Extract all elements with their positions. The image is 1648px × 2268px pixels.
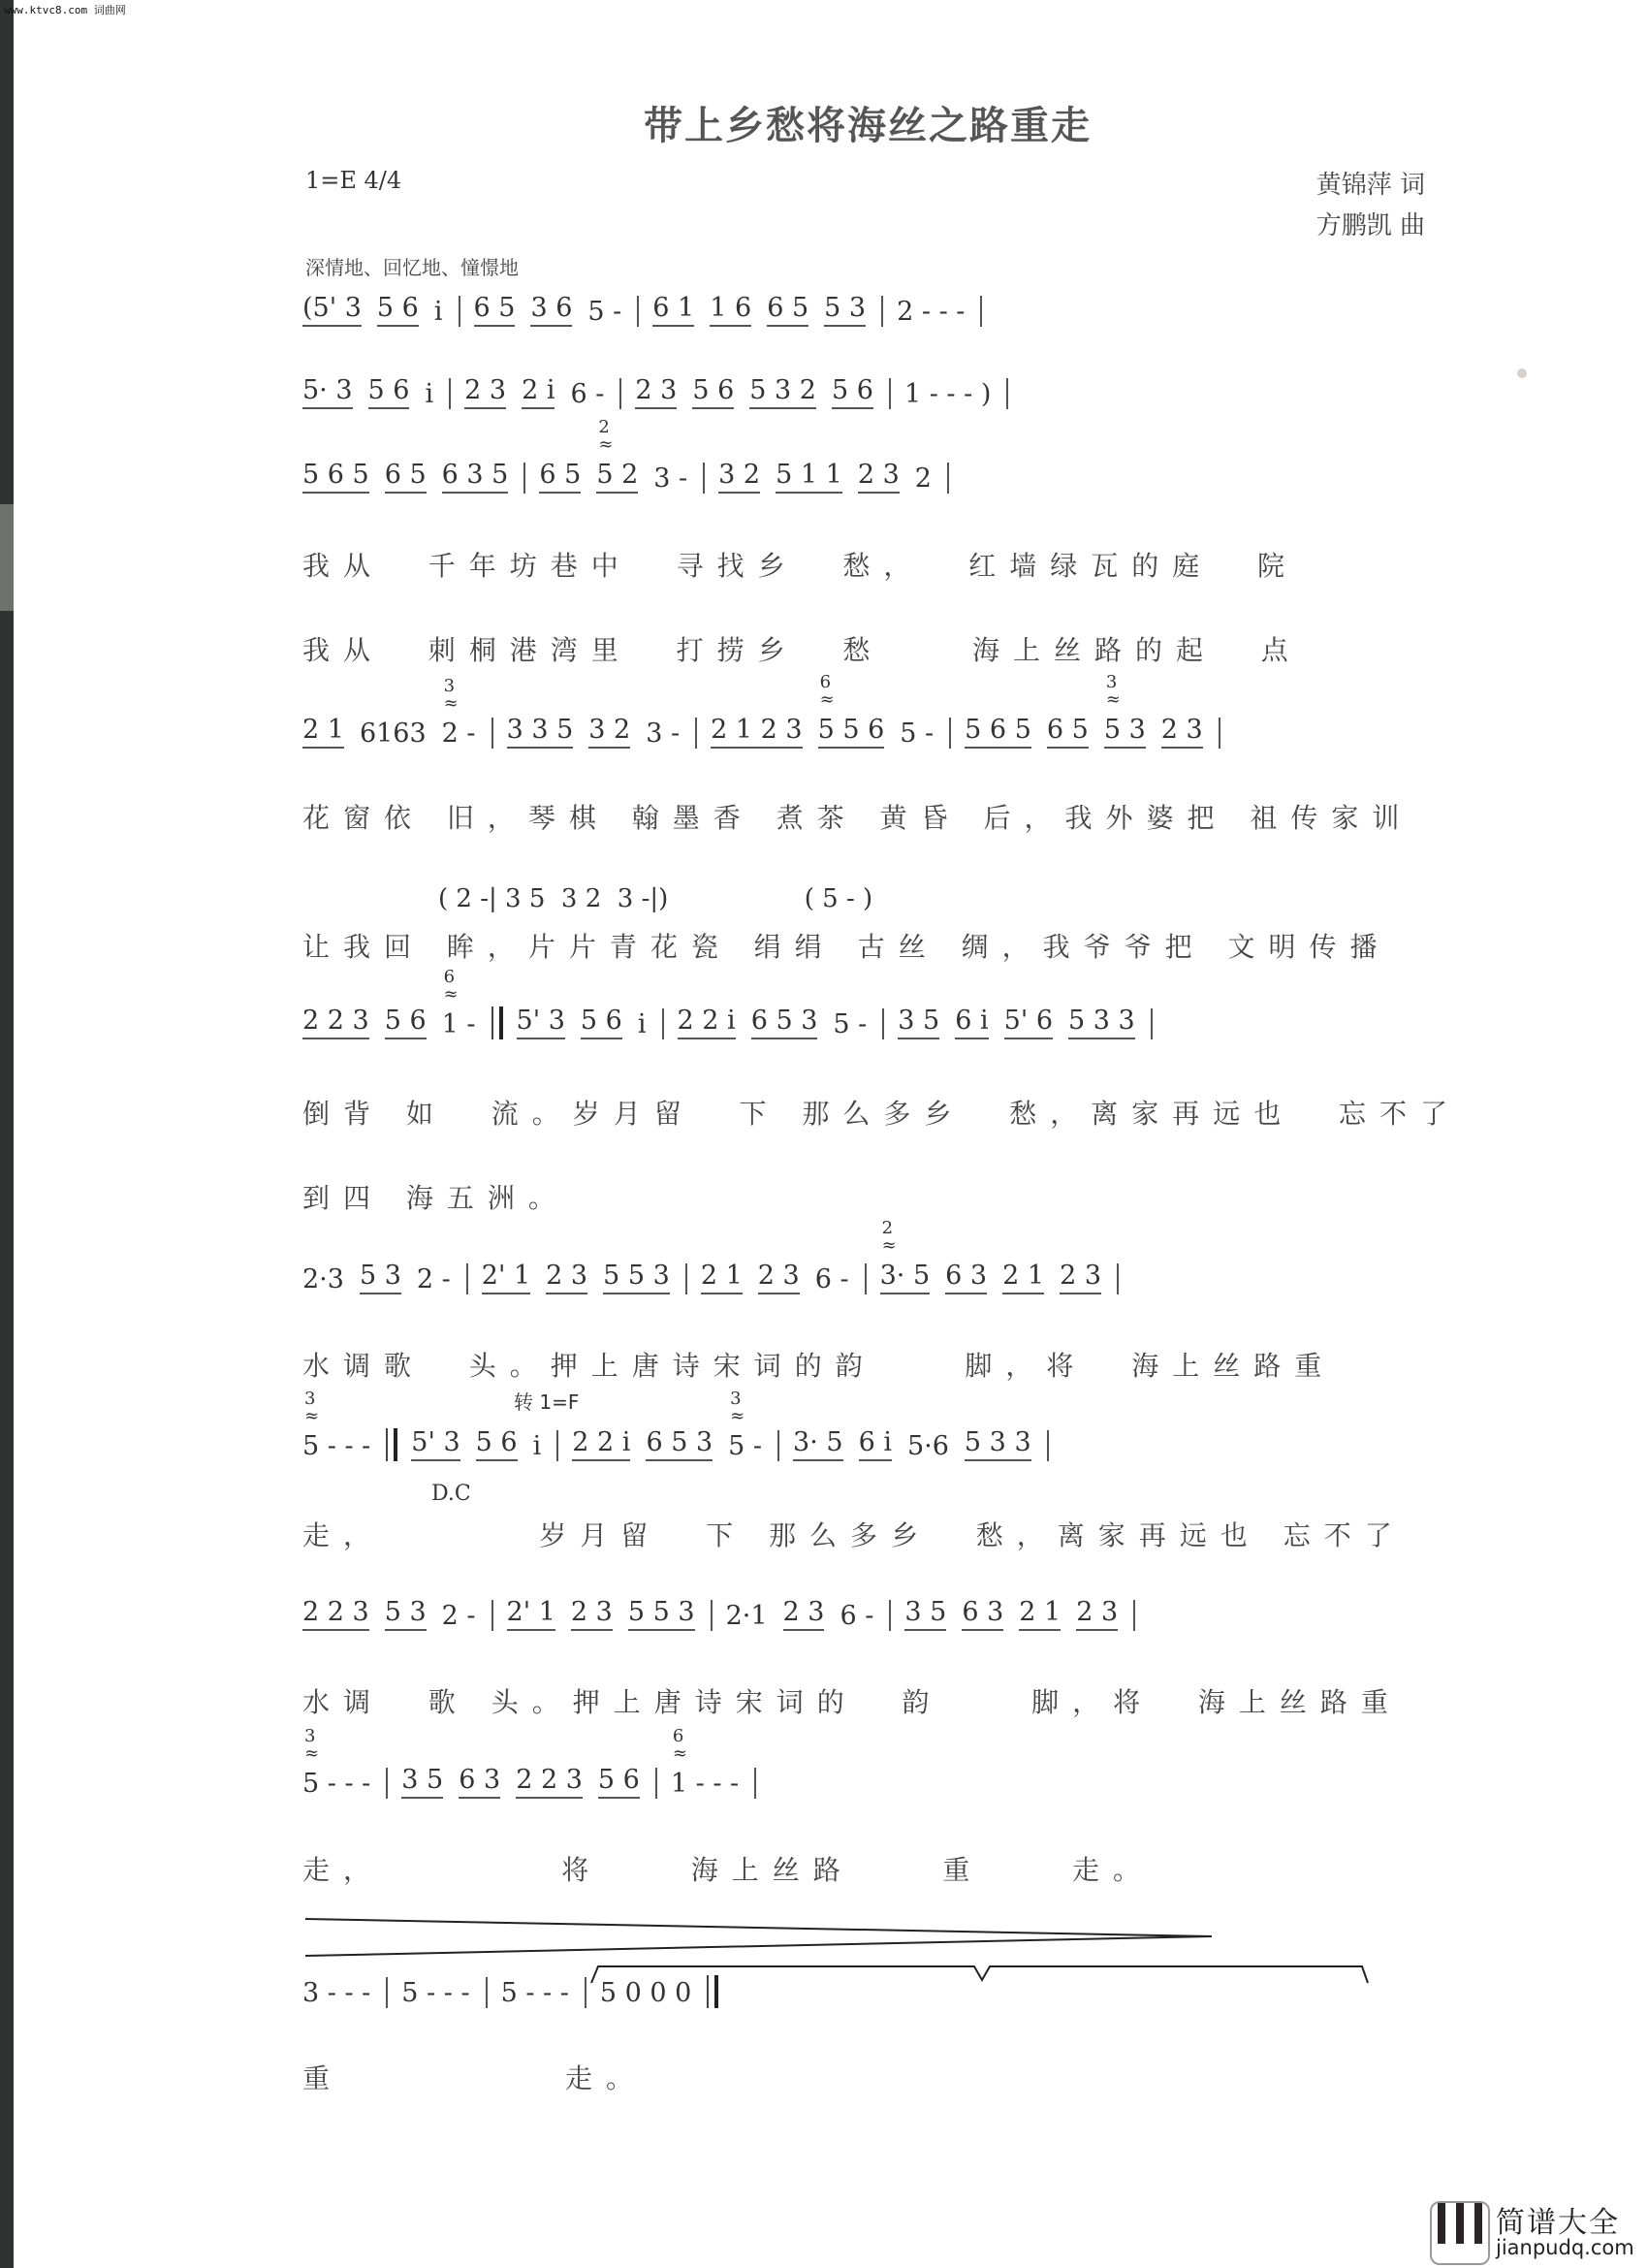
note-group: 5 - <box>900 719 934 749</box>
barline <box>695 718 697 749</box>
barline <box>449 378 451 409</box>
barline <box>754 1768 756 1799</box>
lyric-line: 让我回 眸，片片青花瓷 绢绢 古丝 绸，我爷爷把 文明传播 <box>302 926 1427 965</box>
note-group: 2 1 <box>1002 1261 1044 1294</box>
note-group: 2·1 <box>726 1601 768 1631</box>
note-group: 6 5 3 <box>646 1427 713 1461</box>
barline <box>889 1600 891 1631</box>
note-group: 3 - <box>646 719 680 749</box>
notation-row: 5 - - -3 ≈3 56 32 2 35 61 - - -6 ≈ <box>302 1765 1422 1799</box>
note-group: 5 - - - <box>501 1978 569 2008</box>
lyric-line: 我从 刺桐港湾里 打捞乡 愁 海上丝路的起 点 <box>302 629 1427 668</box>
note-group: 6163 <box>360 719 427 749</box>
note-group: 5 - - -3 ≈ <box>302 1769 370 1799</box>
note-group: 5 6 5 <box>302 460 369 494</box>
note-group: 2 3 <box>1076 1597 1118 1631</box>
note-group: 2' 1 <box>482 1261 530 1294</box>
note-group: 6 3 <box>459 1765 500 1799</box>
note-group: 2 3 <box>464 375 506 409</box>
note-group: 5 6 <box>581 1006 622 1039</box>
note-group: 5 6 <box>476 1427 518 1461</box>
note-group: 1 6 <box>710 293 751 327</box>
note-group: 5·6 <box>907 1431 949 1461</box>
note-group: 5 3 <box>824 293 866 327</box>
note-group: 2 3 <box>1060 1261 1101 1294</box>
note-group: 5 6 <box>368 375 410 409</box>
note-group: 5 -3 ≈ <box>728 1431 762 1461</box>
note-group: 2 2 3 <box>302 1597 369 1631</box>
note-group: i <box>638 1009 647 1039</box>
note-group: 6 1 <box>652 293 694 327</box>
note-group: 5 3 2 <box>749 375 816 409</box>
note-group: 6 5 <box>474 293 516 327</box>
note-group: 2 2 3 <box>516 1765 583 1799</box>
note-group: 6 - <box>840 1601 873 1631</box>
note-group: 2' 1 <box>507 1597 555 1631</box>
note-group: i <box>425 379 433 409</box>
barline <box>556 1430 558 1461</box>
barline <box>386 1977 388 2008</box>
note-group: 6 - <box>815 1264 849 1294</box>
lyric-line: 倒背 如 流。岁月留 下 那么多乡 愁，离家再远也 忘不了 <box>302 1093 1427 1132</box>
lyric-line: 到四 海五洲。 <box>302 1177 1427 1216</box>
barline <box>523 463 525 494</box>
note-group: 2 3 <box>546 1261 587 1294</box>
note-group: 6 i <box>955 1006 988 1039</box>
note-group: 3 5 <box>401 1765 443 1799</box>
barline <box>980 296 982 327</box>
note-group: 5 6 <box>385 1006 427 1039</box>
barline <box>685 1263 687 1294</box>
lyric-line: 走， 将 海上丝路 重 走。 <box>302 1849 1427 1888</box>
grace-note: 2 ≈ <box>598 419 613 454</box>
decrescendo-hairpin <box>305 1915 1226 1964</box>
note-group: 5 3 <box>360 1261 401 1294</box>
note-group: 2 2 i <box>572 1427 630 1461</box>
note-group: 5 3 3 <box>965 1427 1031 1461</box>
note-group: 3 5 <box>904 1597 946 1631</box>
note-group: 2 - <box>417 1264 451 1294</box>
note-group: 3 6 <box>530 293 572 327</box>
lyric-line: 重 走。 <box>302 2058 1427 2096</box>
grace-note: 3 ≈ <box>730 1390 745 1425</box>
barline <box>486 1977 488 2008</box>
da-capo-mark: D.C <box>431 1482 471 1506</box>
note-group: 5 6 <box>377 293 419 327</box>
note-group: 2 2 3 <box>302 1006 369 1039</box>
barline <box>777 1430 779 1461</box>
notation-row: 2 2 35 61 -6 ≈5' 35 6i2 2 i6 5 35 -3 56 … <box>302 1006 1422 1039</box>
note-group: 2 3 <box>783 1597 825 1631</box>
note-group: 2 - <box>442 1601 476 1631</box>
logo-en: jianpudq.com <box>1496 2238 1634 2258</box>
lyric-line: 我从 千年坊巷中 寻找乡 愁， 红墙绿瓦的庭 院 <box>302 545 1427 584</box>
note-group: (5' 3 <box>302 293 362 327</box>
scan-edge-highlight <box>0 504 14 611</box>
barline <box>947 463 949 494</box>
grace-note: 3 ≈ <box>444 678 459 713</box>
barline <box>1133 1600 1135 1631</box>
note-group: 2 3 <box>858 460 900 494</box>
scan-edge <box>0 0 14 2268</box>
note-group: 5 - <box>833 1009 867 1039</box>
note-group: 2 i <box>522 375 555 409</box>
modulation-mark: 转 1=F <box>514 1387 579 1415</box>
scan-stain <box>1517 368 1527 378</box>
note-group: 1 - - -6 ≈ <box>671 1769 739 1799</box>
note-group: 3 3 5 <box>507 715 574 749</box>
notation-row: (5' 35 6i6 53 65 -6 11 66 55 32 - - - <box>302 293 1422 327</box>
barline <box>1151 1008 1153 1039</box>
piano-keys-icon <box>1430 2201 1490 2265</box>
barline <box>949 718 951 749</box>
barline <box>703 463 705 494</box>
grace-note: 6 ≈ <box>444 969 459 1004</box>
barline <box>1006 378 1008 409</box>
barline <box>881 296 883 327</box>
note-group: 3 2 <box>718 460 760 494</box>
fermata-bracket <box>586 1959 1381 1988</box>
note-group: 1 - - - ) <box>904 379 991 409</box>
lyric-line: 水调歌 头。押上唐诗宋词的韵 脚，将 海上丝路重 <box>302 1345 1427 1384</box>
note-group: 6 5 <box>385 460 427 494</box>
notation-row: 2·35 32 -2' 12 35 5 32 12 36 -3· 52 ≈6 3… <box>302 1261 1422 1294</box>
note-group: 2 3 <box>571 1597 613 1631</box>
note-group: 2 3 <box>635 375 677 409</box>
note-group: 2 - - - <box>897 297 965 327</box>
note-group: 3 2 <box>588 715 630 749</box>
note-group: 5 - - -3 ≈ <box>302 1431 370 1461</box>
note-group: 3 - - - <box>302 1978 370 2008</box>
note-group: 2 -3 ≈ <box>442 719 476 749</box>
barline <box>466 1263 468 1294</box>
watermark: www.ktvc8.com 词曲网 <box>4 2 126 17</box>
barline <box>655 1768 657 1799</box>
grace-note: 3 ≈ <box>1106 674 1121 709</box>
note-group: i <box>434 297 443 327</box>
note-group: 2 2 i <box>678 1006 736 1039</box>
note-group: 6 - <box>570 379 604 409</box>
site-logo: 简谱大全 jianpudq.com <box>1430 2201 1634 2265</box>
notation-row: 5 6 56 56 3 56 55 22 ≈3 -3 25 1 12 32 <box>302 460 1422 494</box>
notation-row: 2 2 35 32 -2' 12 35 5 32·12 36 -3 56 32 … <box>302 1597 1422 1631</box>
note-group: 6 5 3 <box>751 1006 818 1039</box>
note-group: 5 22 ≈ <box>596 460 638 494</box>
note-group: 6 3 <box>962 1597 1003 1631</box>
note-group: 5' 3 <box>517 1006 565 1039</box>
song-title: 带上乡愁将海丝之路重走 <box>0 95 1648 150</box>
note-group: 5 5 66 ≈ <box>818 715 885 749</box>
note-group: 2 3 <box>1161 715 1203 749</box>
note-group: 3· 52 ≈ <box>880 1261 931 1294</box>
barline <box>1047 1430 1049 1461</box>
note-group: 6 5 <box>539 460 581 494</box>
barline <box>491 1600 493 1631</box>
note-group: 2 3 <box>758 1261 800 1294</box>
logo-cn: 简谱大全 <box>1496 2209 1634 2238</box>
note-group: 5 3 <box>385 1597 427 1631</box>
note-group: 3· 5 <box>793 1427 843 1461</box>
composer-credit: 方鹏凯 曲 <box>1316 206 1425 241</box>
note-group: 3 5 <box>898 1006 939 1039</box>
note-group: 2 <box>915 463 932 494</box>
note-group: 5 33 ≈ <box>1104 715 1146 749</box>
tempo-marking: 深情地、回忆地、憧憬地 <box>305 252 519 280</box>
barline <box>491 718 493 749</box>
note-group: 5 3 3 <box>1068 1006 1135 1039</box>
note-group: 5 5 3 <box>603 1261 670 1294</box>
note-group: 6 i <box>859 1427 892 1461</box>
notation-row: 5· 35 6i2 32 i6 -2 35 65 3 25 61 - - - ) <box>302 375 1422 409</box>
double-barline <box>386 1428 397 1461</box>
note-group: 2 1 <box>302 715 344 749</box>
barline <box>662 1008 664 1039</box>
key-signature: 1=E 4/4 <box>305 167 401 194</box>
grace-note: 6 ≈ <box>673 1728 687 1763</box>
grace-note: 2 ≈ <box>882 1220 897 1255</box>
barline <box>889 378 891 409</box>
barline <box>619 378 621 409</box>
note-group: 2 1 <box>1019 1597 1061 1631</box>
notation-row: 2 161632 -3 ≈3 3 53 23 -2 1 2 35 5 66 ≈5… <box>302 715 1422 749</box>
note-group: 5' 3 <box>411 1427 460 1461</box>
lyric-line: 花窗依 旧，琴棋 翰墨香 煮茶 黄昏 后，我外婆把 祖传家训 <box>302 797 1427 836</box>
note-group: i <box>533 1431 542 1461</box>
note-group: 2·3 <box>302 1264 344 1294</box>
note-group: 2 1 <box>701 1261 743 1294</box>
barline <box>865 1263 867 1294</box>
note-group: 5 6 5 <box>965 715 1031 749</box>
note-group: 5 5 3 <box>628 1597 695 1631</box>
note-group: 1 -6 ≈ <box>442 1009 476 1039</box>
note-group: 5' 6 <box>1004 1006 1053 1039</box>
barline <box>711 1600 713 1631</box>
lyric-line: 走， 岁月留 下 那么多乡 愁，离家再远也 忘不了 <box>302 1515 1427 1553</box>
barline <box>637 296 639 327</box>
note-group: 5 - <box>587 297 621 327</box>
grace-note: 3 ≈ <box>304 1728 319 1763</box>
note-group: 5 6 <box>598 1765 640 1799</box>
grace-note: 3 ≈ <box>304 1390 319 1425</box>
note-group: 5 6 <box>692 375 734 409</box>
barline <box>1219 718 1220 749</box>
barline <box>1117 1263 1119 1294</box>
note-group: 6 5 <box>767 293 808 327</box>
note-group: 5 6 <box>832 375 873 409</box>
grace-note: 6 ≈ <box>820 674 835 709</box>
note-group: 2 1 2 3 <box>711 715 802 749</box>
barline <box>459 296 460 327</box>
lyricist-credit: 黄锦萍 词 <box>1316 165 1425 201</box>
lyric-line: 水调 歌 头。押上唐诗宋词的 韵 脚，将 海上丝路重 <box>302 1681 1427 1720</box>
barline <box>386 1768 388 1799</box>
note-group: 6 3 <box>945 1261 987 1294</box>
barline <box>882 1008 884 1039</box>
note-group: 6 3 5 <box>442 460 509 494</box>
double-barline <box>491 1006 503 1039</box>
notation-row: 5 - - -3 ≈5' 35 6i2 2 i6 5 35 -3 ≈3· 56 … <box>302 1427 1422 1461</box>
interlude-notes: ( 2 -| 3 5 3 2 3 -|) ( 5 - ) <box>438 884 872 913</box>
note-group: 5 - - - <box>401 1978 469 2008</box>
note-group: 3 - <box>653 463 687 494</box>
note-group: 5 1 1 <box>776 460 842 494</box>
note-group: 5· 3 <box>302 375 353 409</box>
note-group: 6 5 <box>1047 715 1089 749</box>
